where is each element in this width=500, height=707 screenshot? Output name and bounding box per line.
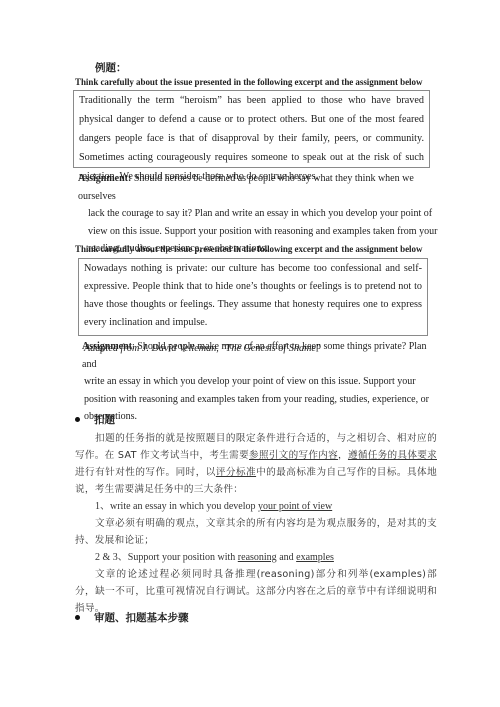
underlined-text: 评分标准 (216, 467, 256, 478)
text: 2 & 3、Support your position with (95, 552, 238, 563)
underlined-text: reasoning (238, 552, 277, 563)
assignment-line1: : Should people make more of an effort t… (82, 341, 426, 370)
example-2-instruction: Think carefully about the issue presente… (75, 244, 422, 254)
text: ， (338, 450, 348, 461)
condition-1: 1、write an essay in which you develop yo… (75, 498, 437, 515)
text: 进行有针对性的写作。同时，以 (75, 467, 216, 478)
underlined-text: examples (296, 552, 334, 563)
example-2-excerpt-box: Nowadays nothing is private: our culture… (78, 258, 428, 336)
example-2-excerpt: Nowadays nothing is private: our culture… (84, 260, 422, 332)
bullet-icon (75, 615, 80, 620)
example-label: 例题： (95, 60, 127, 75)
text: and (277, 552, 296, 563)
bullet-icon (75, 417, 80, 422)
section1-paragraph: 扣题的任务指的就是按照题目的限定条件进行合适的，与之相切合、相对应的写作。在 S… (75, 430, 437, 498)
section-heading-text: 扣题 (94, 414, 115, 426)
condition-1-desc: 文章必须有明确的观点，文章其余的所有内容均是为观点服务的，是对其的支持、发展和论… (75, 515, 437, 549)
section1-body: 扣题的任务指的就是按照题目的限定条件进行合适的，与之相切合、相对应的写作。在 S… (75, 430, 437, 617)
assignment-rest: write an essay in which you develop your… (82, 373, 437, 426)
example-1-excerpt-box: Traditionally the term “heroism” has bee… (73, 90, 430, 168)
underlined-text: 遵循任务的具体要求 (348, 450, 437, 461)
underlined-text: 参照引文的写作内容 (249, 450, 338, 461)
assignment-label: Assignment (82, 341, 132, 352)
underlined-text: your point of view (258, 501, 332, 512)
condition-2-3: 2 & 3、Support your position with reasoni… (75, 549, 437, 566)
example-1-instruction: Think carefully about the issue presente… (75, 77, 422, 87)
text: 1、write an essay in which you develop (95, 501, 258, 512)
section-heading-kouti: 扣题 (75, 412, 115, 427)
section-heading-text: 审题、扣题基本步骤 (94, 612, 189, 624)
example-2-assignment: Assignment: Should people make more of a… (82, 338, 437, 426)
assignment-label: Assignment: (78, 173, 134, 184)
section-heading-steps: 审题、扣题基本步骤 (75, 610, 189, 625)
